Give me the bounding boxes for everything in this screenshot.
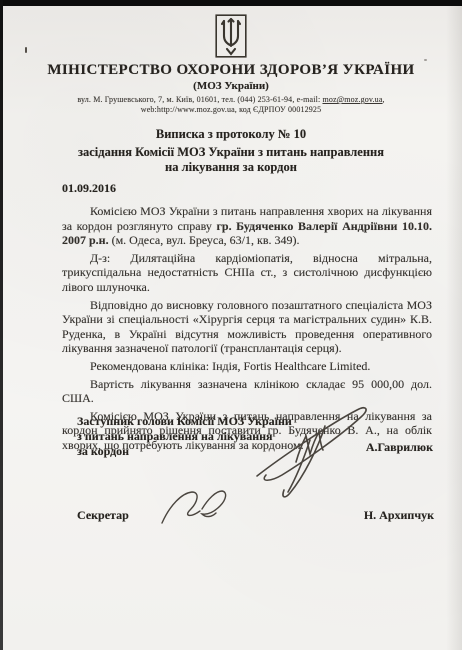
document-date: 01.09.2016: [62, 181, 462, 196]
scan-left-edge: [0, 0, 3, 650]
paragraph-recommended-clinic: Рекомендована клініка: Індія, Fortis Hea…: [62, 359, 432, 374]
paragraph-case-review: Комісією МОЗ України з питань направленн…: [62, 204, 432, 248]
scan-top-edge: [0, 0, 462, 6]
address-line2: web:http://www.moz.gov.ua, код ЄДРПОУ 00…: [141, 105, 321, 114]
paragraph-diagnosis: Д-з: Дилятаційна кардіоміопатія, відносн…: [62, 251, 432, 295]
document-subtitle: засідання Комісії МОЗ України з питань н…: [0, 145, 462, 175]
secretary-name: Н. Архипчук: [364, 508, 434, 523]
letterhead: МІНІСТЕРСТВО ОХОРОНИ ЗДОРОВ’Я УКРАЇНИ (М…: [0, 0, 462, 115]
address-line1: вул. М. Грушевського, 7, м. Київ, 01601,…: [77, 95, 322, 104]
paragraph-commission-decision: Комісією МОЗ України з питань направленн…: [62, 409, 432, 453]
ministry-short-name: (МОЗ України): [0, 80, 462, 92]
paragraph-specialist-conclusion: Відповідно до висновку головного позашта…: [62, 298, 432, 356]
paragraph-treatment-cost: Вартість лікування зазначена клінікою ск…: [62, 377, 432, 406]
ministry-name: МІНІСТЕРСТВО ОХОРОНИ ЗДОРОВ’Я УКРАЇНИ: [0, 62, 462, 79]
document-title: Виписка з протоколу № 10: [0, 127, 462, 142]
ukraine-trident-emblem-icon: [215, 14, 247, 58]
secretary-title: Секретар: [77, 508, 129, 523]
ministry-email-link[interactable]: moz@moz.gov.ua: [322, 95, 382, 104]
scanned-document-page: МІНІСТЕРСТВО ОХОРОНИ ЗДОРОВ’Я УКРАЇНИ (М…: [0, 0, 462, 650]
document-body: Комісією МОЗ України з питань направленн…: [62, 204, 432, 453]
secretary-signature-icon: [150, 483, 246, 535]
ministry-address: вул. М. Грушевського, 7, м. Київ, 01601,…: [0, 95, 462, 115]
